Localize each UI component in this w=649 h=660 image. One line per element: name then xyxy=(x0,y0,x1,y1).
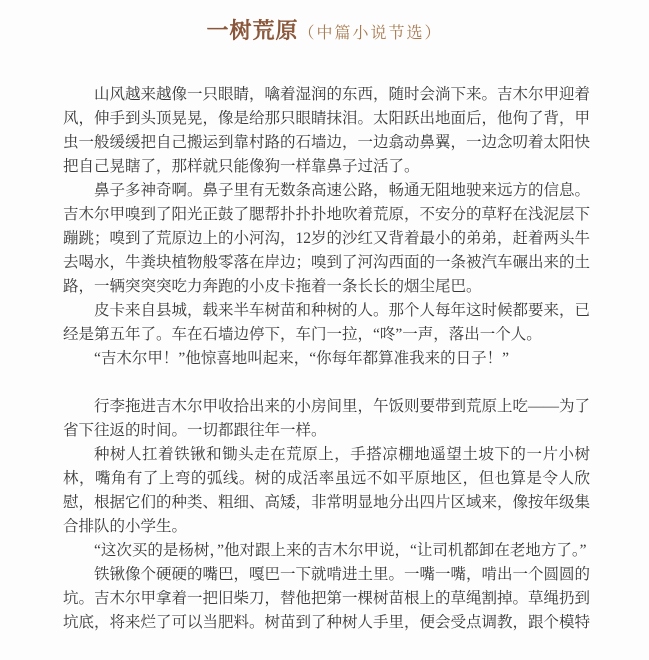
page: 一树荒原（中篇小说节选） 山风越来越像一只眼睛，噙着湿润的东西，随时会淌下来。吉… xyxy=(0,0,649,660)
paragraph-2: 鼻子多神奇啊。鼻子里有无数条高速公路，畅通无阻地驶来远方的信息。吉木尔甲嗅到了阳… xyxy=(63,179,590,299)
paragraph-6: 种树人扛着铁锹和锄头走在荒原上，手搭凉棚地遥望土坡下的一片小树林，嘴角有了上弯的… xyxy=(63,443,590,539)
paragraph-1: 山风越来越像一只眼睛，噙着湿润的东西，随时会淌下来。吉木尔甲迎着风，伸手到头顶晃… xyxy=(63,83,590,179)
paragraph-7: “这次买的是杨树，”他对跟上来的吉木尔甲说，“让司机都卸在老地方了。” xyxy=(63,539,590,563)
paragraph-8: 铁锹像个硬硬的嘴巴，嘎巴一下就啃进土里。一嘴一嘴，啃出一个圆圆的坑。吉木尔甲拿着… xyxy=(63,563,590,635)
title-subtitle: （中篇小说节选） xyxy=(299,25,443,42)
page-title: 一树荒原（中篇小说节选） xyxy=(0,0,649,44)
paragraph-5: 行李拖进吉木尔甲收拾出来的小房间里，午饭则要带到荒原上吃——为了省下往返的时间。… xyxy=(63,395,590,443)
paragraph-4: “吉木尔甲！”他惊喜地叫起来，“你每年都算准我来的日子！” xyxy=(63,347,590,371)
title-text: 一树荒原 xyxy=(206,18,298,43)
article-body: 山风越来越像一只眼睛，噙着湿润的东西，随时会淌下来。吉木尔甲迎着风，伸手到头顶晃… xyxy=(63,83,590,635)
paragraph-3: 皮卡来自县城，载来半车树苗和种树的人。那个人每年这时候都要来，已经是第五年了。车… xyxy=(63,299,590,347)
